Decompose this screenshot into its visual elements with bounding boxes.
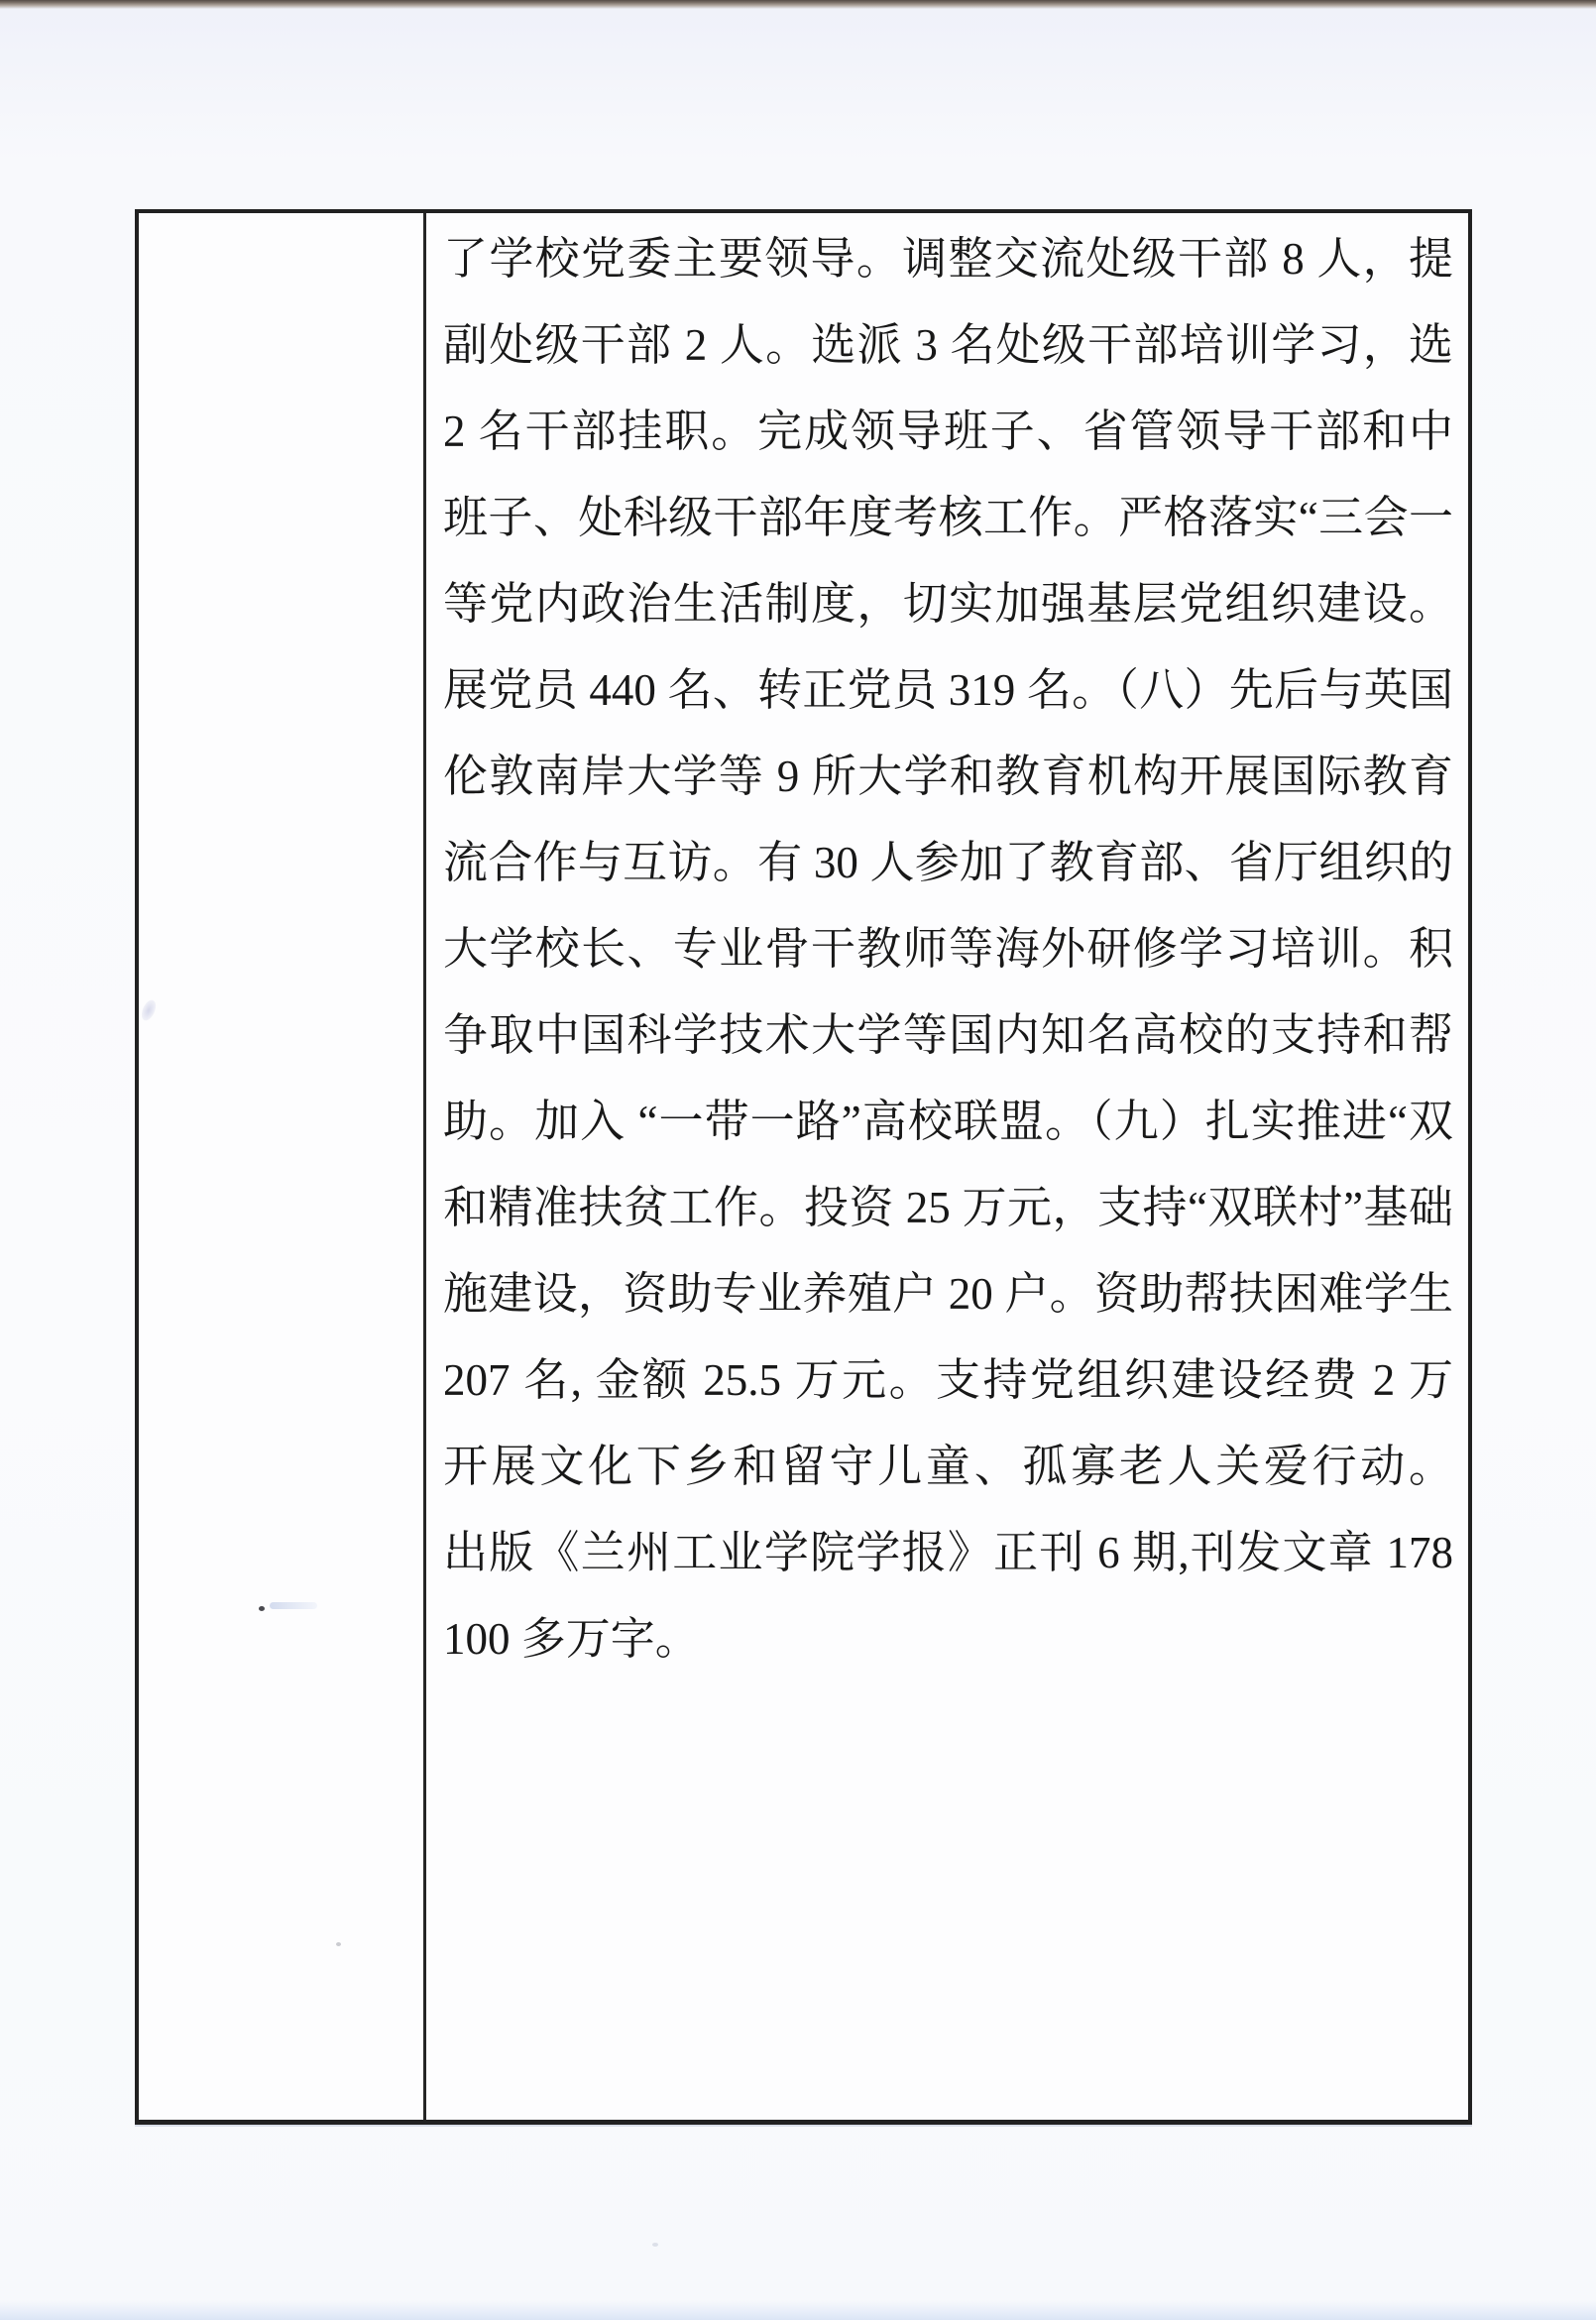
text-line: 伦敦南岸大学等 9 所大学和教育机构开展国际教育交	[443, 734, 1453, 820]
text-line: 副处级干部 2 人。选派 3 名处级干部培训学习，选派	[443, 302, 1453, 389]
text-line: 施建设，资助专业养殖户 20 户。资助帮扶困难学生	[443, 1251, 1453, 1337]
report-text-block: 了学校党委主要领导。调整交流处级干部 8 人，提拔副处级干部 2 人。选派 3 …	[443, 216, 1453, 1682]
table-content-cell: 了学校党委主要领导。调整交流处级干部 8 人，提拔副处级干部 2 人。选派 3 …	[426, 213, 1468, 2120]
scan-speck	[652, 2243, 658, 2247]
text-line: 2 名干部挂职。完成领导班子、省管领导干部和中层	[443, 389, 1453, 475]
text-line: 和精准扶贫工作。投资 25 万元，支持“双联村”基础设	[443, 1165, 1453, 1251]
report-table: 了学校党委主要领导。调整交流处级干部 8 人，提拔副处级干部 2 人。选派 3 …	[135, 209, 1472, 2125]
text-line: 100 多万字。	[443, 1596, 1453, 1682]
text-line: 出版《兰州工业学院学报》正刊 6 期,刊发文章 178 篇、	[443, 1510, 1453, 1596]
text-line: 助。加入 “一带一路”高校联盟。（九）扎实推进“双联”	[443, 1079, 1453, 1165]
text-line: 了学校党委主要领导。调整交流处级干部 8 人，提拔	[443, 216, 1453, 302]
text-line: 等党内政治生活制度，切实加强基层党组织建设。发	[443, 561, 1453, 647]
text-line: 开展文化下乡和留守儿童、孤寡老人关爱行动。（十）	[443, 1424, 1453, 1510]
text-line: 流合作与互访。有 30 人参加了教育部、省厅组织的	[443, 820, 1453, 906]
text-line: 争取中国科学技术大学等国内知名高校的支持和帮	[443, 992, 1453, 1079]
text-line: 展党员 440 名、转正党员 319 名。（八）先后与英国	[443, 647, 1453, 734]
scan-bottom-edge	[0, 2300, 1596, 2320]
scanned-document-page: { "document": { "table": { "label_cell_t…	[0, 0, 1596, 2320]
scan-top-edge	[0, 0, 1596, 9]
text-line: 大学校长、专业骨干教师等海外研修学习培训。积极	[443, 906, 1453, 992]
table-label-cell	[139, 213, 426, 2120]
text-line: 班子、处科级干部年度考核工作。严格落实“三会一课”	[443, 475, 1453, 561]
text-line: 207 名, 金额 25.5 万元。支持党组织建设经费 2 万元。	[443, 1337, 1453, 1424]
